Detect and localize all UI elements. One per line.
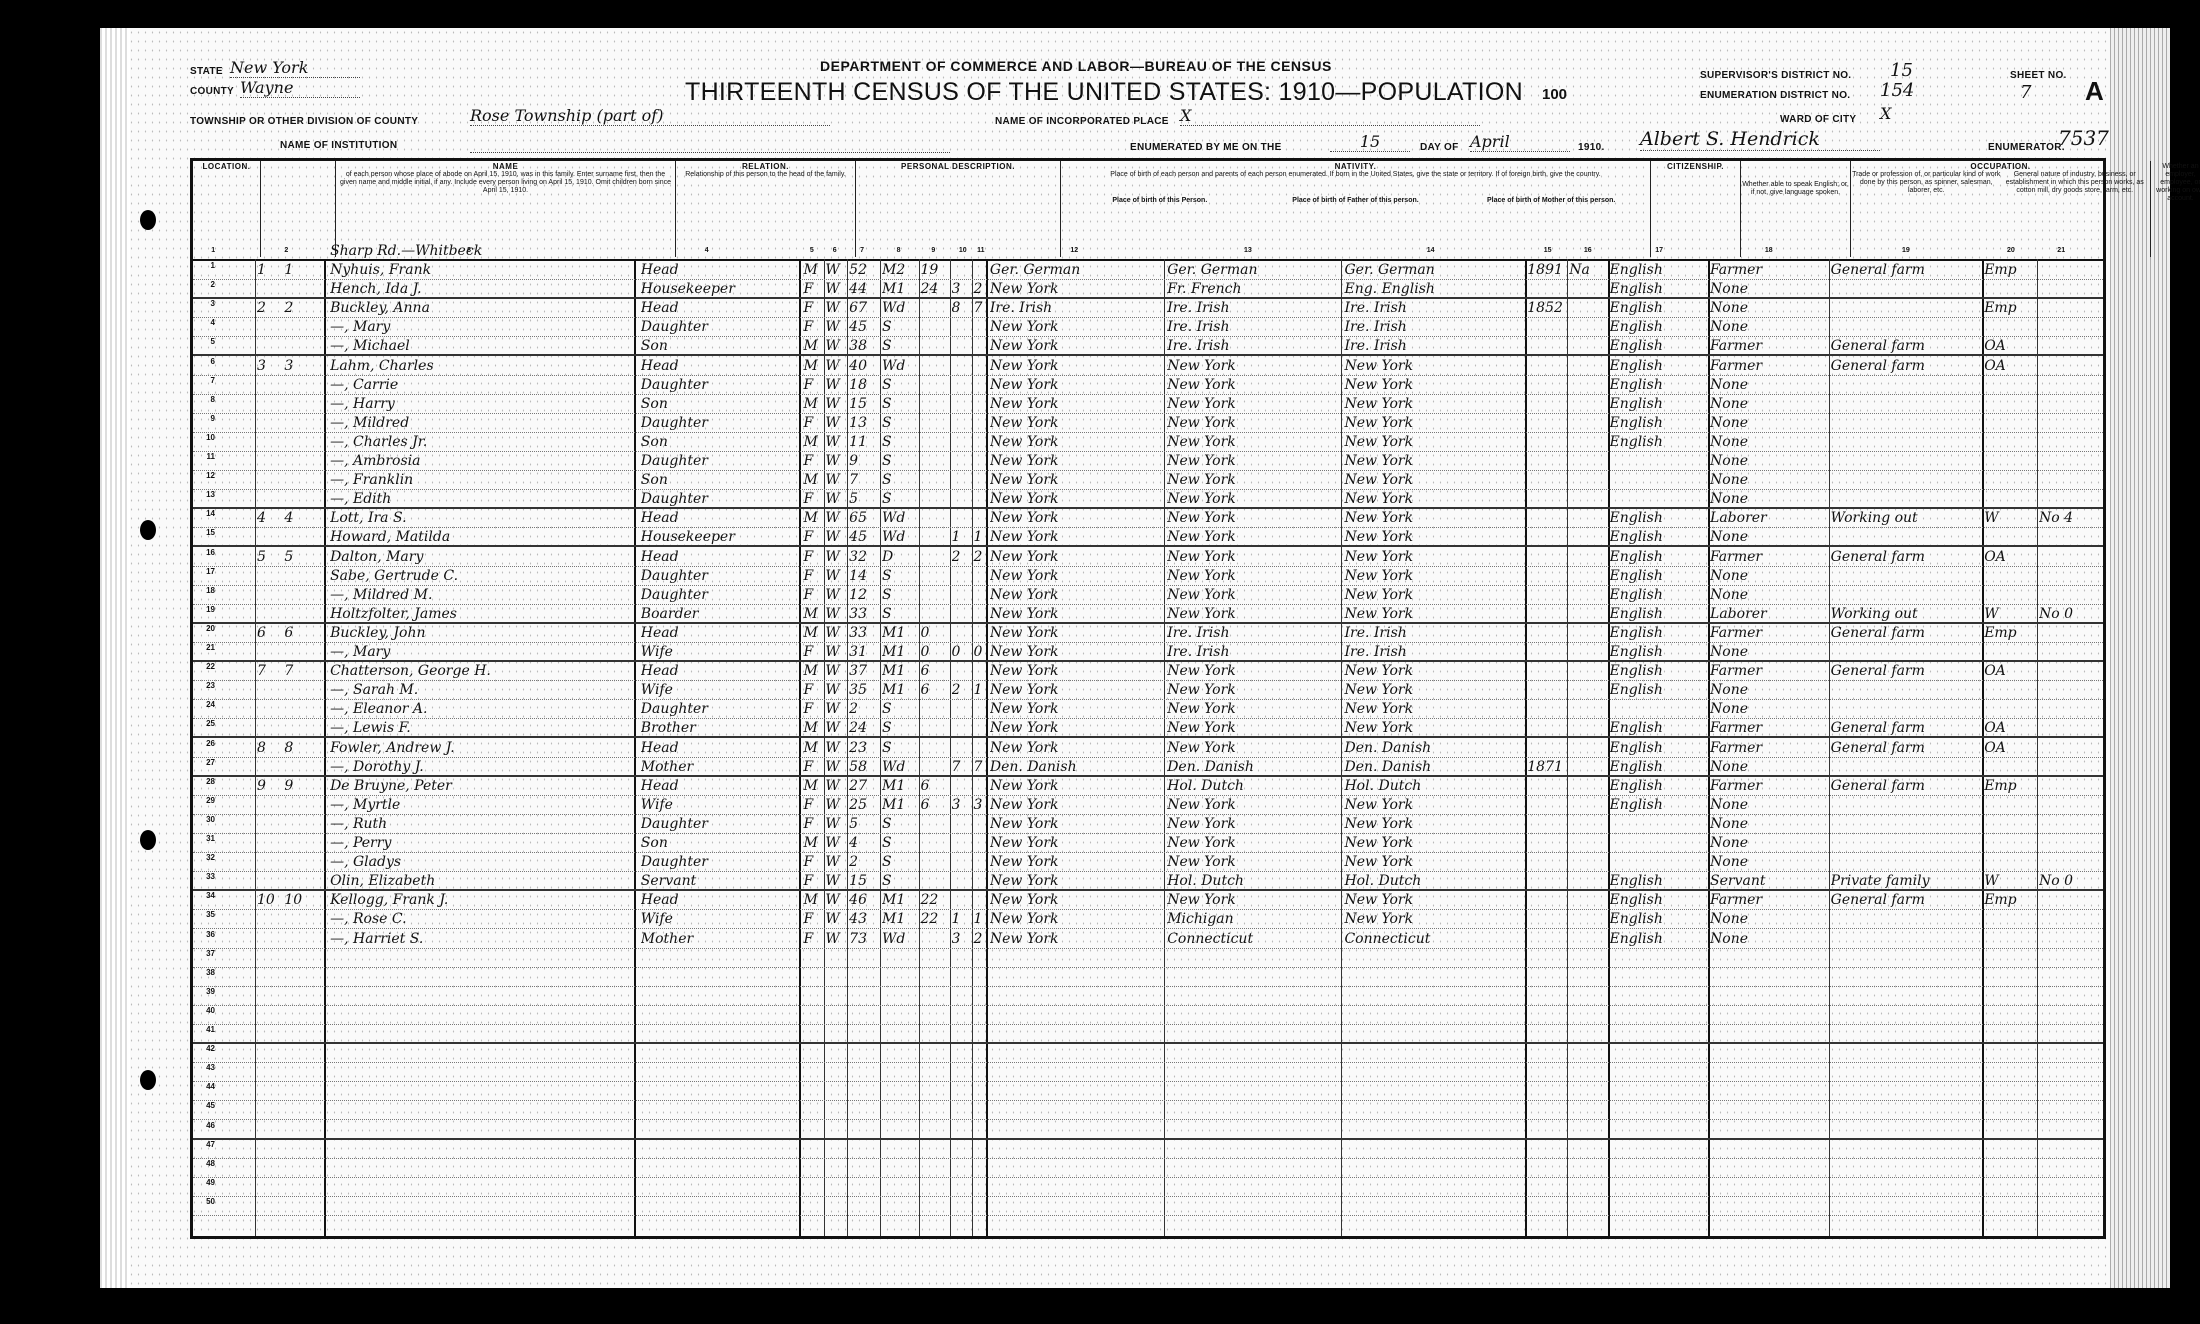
cell-bpf: New York	[1167, 586, 1341, 605]
enumerator-label: ENUMERATOR.	[1988, 142, 2065, 153]
cell-sex: F	[803, 528, 823, 547]
cell-occ: Farmer	[1710, 662, 1829, 681]
cell-bpf: Den. Danish	[1167, 758, 1341, 777]
cell-yrs: 6	[920, 796, 947, 815]
cell-bpf: Ger. German	[1167, 261, 1341, 280]
cell-sex: F	[803, 758, 823, 777]
cell-sex: F	[803, 910, 823, 929]
line-number: 35	[193, 910, 215, 919]
cell-bpf: New York	[1167, 662, 1341, 681]
cell-ind: Working out	[1831, 509, 1982, 528]
cell-occ: Farmer	[1710, 719, 1829, 738]
cell-occ: Farmer	[1710, 357, 1829, 376]
cell-rel: Mother	[641, 930, 796, 949]
empty-row: 50	[193, 1197, 2103, 1216]
cell-name: Nyhuis, Frank	[330, 261, 632, 280]
cell-bpm: New York	[1344, 815, 1522, 834]
cell-name: —, Eleanor A.	[330, 700, 632, 719]
cell-name: —, Mary	[330, 643, 632, 662]
cell-sex: F	[803, 930, 823, 949]
cell-yrs: 6	[920, 777, 947, 796]
cell-bp: New York	[990, 624, 1164, 643]
table-row: 13—, EdithDaughterFW5SNew YorkNew YorkNe…	[193, 490, 2103, 509]
cell-race: W	[825, 299, 847, 318]
cell-born: 0	[952, 643, 972, 662]
cell-bpm: New York	[1344, 376, 1522, 395]
cell-rel: Daughter	[641, 700, 796, 719]
cell-bpf: New York	[1167, 891, 1341, 910]
cell-sex: M	[803, 719, 823, 738]
cell-race: W	[825, 700, 847, 719]
table-row: 633Lahm, CharlesHeadMW40WdNew YorkNew Yo…	[193, 357, 2103, 376]
line-number: 9	[193, 414, 215, 423]
institution-field	[470, 138, 950, 153]
cell-bpm: Ire. Irish	[1344, 318, 1522, 337]
table-row: 2899De Bruyne, PeterHeadMW27M16New YorkH…	[193, 777, 2103, 796]
sheet-label: SHEET NO.	[2010, 70, 2067, 81]
cell-race: W	[825, 719, 847, 738]
table-row: 2066Buckley, JohnHeadMW33M10New YorkIre.…	[193, 624, 2103, 643]
cell-occ: None	[1710, 318, 1829, 337]
cell-fam: 4	[284, 509, 310, 528]
cell-name: —, Michael	[330, 337, 632, 356]
cell-mar: S	[882, 567, 919, 586]
cell-dw: 7	[257, 662, 283, 681]
cell-name: —, Rose C.	[330, 910, 632, 929]
cell-sex: F	[803, 490, 823, 509]
cell-sex: M	[803, 471, 823, 490]
cell-mar: S	[882, 834, 919, 853]
cell-race: W	[825, 548, 847, 567]
cell-name: —, Edith	[330, 490, 632, 509]
cell-sex: F	[803, 318, 823, 337]
enumerated-month: April	[1470, 132, 1570, 152]
cell-bp: Den. Danish	[990, 758, 1164, 777]
cell-ind: General farm	[1831, 739, 1982, 758]
cell-lang: English	[1610, 930, 1706, 949]
cell-lang: English	[1610, 509, 1706, 528]
line-number: 4	[193, 318, 215, 327]
cell-bp: New York	[990, 662, 1164, 681]
line-number: 33	[193, 872, 215, 881]
cell-sex: F	[803, 452, 823, 471]
cell-occ: None	[1710, 452, 1829, 471]
line-number: 21	[193, 643, 215, 652]
cell-bp: New York	[990, 834, 1164, 853]
cell-race: W	[825, 261, 847, 280]
cell-name: De Bruyne, Peter	[330, 777, 632, 796]
cell-mar: M2	[882, 261, 919, 280]
table-row: 24—, Eleanor A.DaughterFW2SNew YorkNew Y…	[193, 700, 2103, 719]
institution-label: NAME OF INSTITUTION	[280, 140, 397, 151]
cell-age: 25	[849, 796, 880, 815]
cell-lang: English	[1610, 528, 1706, 547]
cell-sex: F	[803, 643, 823, 662]
cell-bpf: New York	[1167, 815, 1341, 834]
cell-mar: M1	[882, 280, 919, 299]
table-row: 341010Kellogg, Frank J.HeadMW46M122New Y…	[193, 891, 2103, 910]
cell-bp: New York	[990, 815, 1164, 834]
cell-unemp: No 4	[2039, 509, 2103, 528]
cell-mar: S	[882, 433, 919, 452]
line-number: 14	[193, 509, 215, 518]
cell-race: W	[825, 777, 847, 796]
cell-bpm: Ger. German	[1344, 261, 1522, 280]
cell-occ: Farmer	[1710, 337, 1829, 356]
column-number: 10	[959, 247, 967, 254]
cell-age: 14	[849, 567, 880, 586]
line-number: 27	[193, 758, 215, 767]
cell-emp: Emp	[1984, 299, 2034, 318]
cell-race: W	[825, 376, 847, 395]
line-number: 26	[193, 739, 215, 748]
cell-emp: OA	[1984, 548, 2034, 567]
cell-lang: English	[1610, 376, 1706, 395]
cell-age: 33	[849, 624, 880, 643]
cell-bpm: New York	[1344, 509, 1522, 528]
cell-bp: New York	[990, 567, 1164, 586]
cell-bpm: Den. Danish	[1344, 758, 1522, 777]
table-row: 35—, Rose C.WifeFW43M12211New YorkMichig…	[193, 910, 2103, 929]
enumerated-year: 1910.	[1578, 142, 1605, 153]
cell-born: 3	[952, 930, 972, 949]
line-number: 6	[193, 357, 215, 366]
supervisor-district-label: SUPERVISOR'S DISTRICT NO.	[1700, 70, 1851, 81]
cell-lang: English	[1610, 261, 1706, 280]
cell-occ: None	[1710, 643, 1829, 662]
cell-occ: None	[1710, 528, 1829, 547]
column-number: 8	[897, 247, 901, 254]
cell-yrs: 19	[920, 261, 947, 280]
cell-bpm: New York	[1344, 357, 1522, 376]
cell-rel: Head	[641, 509, 796, 528]
cell-sex: M	[803, 834, 823, 853]
column-number: 12	[1070, 247, 1078, 254]
cell-rel: Wife	[641, 643, 796, 662]
cell-bpm: New York	[1344, 586, 1522, 605]
cell-sex: F	[803, 280, 823, 299]
cell-lang: English	[1610, 624, 1706, 643]
cell-name: Buckley, Anna	[330, 299, 632, 318]
table-row: 5—, MichaelSonMW38SNew YorkIre. IrishIre…	[193, 337, 2103, 356]
cell-name: —, Franklin	[330, 471, 632, 490]
cell-race: W	[825, 395, 847, 414]
cell-occ: None	[1710, 471, 1829, 490]
cell-imm: 1871	[1527, 758, 1567, 777]
cell-sex: M	[803, 261, 823, 280]
cell-race: W	[825, 509, 847, 528]
table-row: 36—, Harriet S.MotherFW73Wd32New YorkCon…	[193, 930, 2103, 949]
cell-bpf: New York	[1167, 509, 1341, 528]
cell-bpf: Michigan	[1167, 910, 1341, 929]
cell-rel: Housekeeper	[641, 280, 796, 299]
table-row: 2277Chatterson, George H.HeadMW37M16New …	[193, 662, 2103, 681]
cell-yrs: 22	[920, 910, 947, 929]
line-number: 39	[193, 987, 215, 996]
cell-bp: New York	[990, 433, 1164, 452]
line-number: 41	[193, 1025, 215, 1034]
cell-ind: General farm	[1831, 719, 1982, 738]
cell-rel: Head	[641, 624, 796, 643]
line-number: 32	[193, 853, 215, 862]
cell-race: W	[825, 815, 847, 834]
cell-born: 1	[952, 910, 972, 929]
cell-bpf: New York	[1167, 433, 1341, 452]
cell-mar: S	[882, 318, 919, 337]
incorporated-place-label: NAME OF INCORPORATED PLACE	[995, 116, 1169, 127]
cell-mar: M1	[882, 777, 919, 796]
cell-occ: None	[1710, 834, 1829, 853]
cell-rel: Daughter	[641, 815, 796, 834]
cell-dw: 10	[257, 891, 283, 910]
cell-rel: Daughter	[641, 318, 796, 337]
cell-born: 2	[952, 681, 972, 700]
page-title: THIRTEENTH CENSUS OF THE UNITED STATES: …	[685, 78, 1523, 107]
department-heading: DEPARTMENT OF COMMERCE AND LABOR—BUREAU …	[820, 58, 1332, 74]
line-number: 37	[193, 949, 215, 958]
cell-rel: Servant	[641, 872, 796, 891]
cell-emp: OA	[1984, 357, 2034, 376]
cell-lang: English	[1610, 586, 1706, 605]
cell-race: W	[825, 662, 847, 681]
cell-bp: New York	[990, 910, 1164, 929]
cell-rel: Brother	[641, 719, 796, 738]
day-of-label: DAY OF	[1420, 142, 1458, 153]
cell-name: Sabe, Gertrude C.	[330, 567, 632, 586]
column-number: 17	[1655, 247, 1663, 254]
cell-name: Fowler, Andrew J.	[330, 739, 632, 758]
line-number: 2	[193, 280, 215, 289]
table-row: 7—, CarrieDaughterFW18SNew YorkNew YorkN…	[193, 376, 2103, 395]
cell-race: W	[825, 796, 847, 815]
sheet-number: 7	[2020, 82, 2031, 103]
cell-bpf: New York	[1167, 567, 1341, 586]
cell-age: 2	[849, 700, 880, 719]
empty-row: 48	[193, 1159, 2103, 1178]
cell-rel: Boarder	[641, 605, 796, 624]
cell-name: Kellogg, Frank J.	[330, 891, 632, 910]
cell-rel: Daughter	[641, 452, 796, 471]
cell-emp: OA	[1984, 719, 2034, 738]
column-number: 18	[1765, 247, 1773, 254]
cell-mar: Wd	[882, 357, 919, 376]
cell-lang: English	[1610, 719, 1706, 738]
cell-bp: New York	[990, 509, 1164, 528]
cell-ind: Working out	[1831, 605, 1982, 624]
cell-bpf: Ire. Irish	[1167, 624, 1341, 643]
line-number: 24	[193, 700, 215, 709]
cell-sex: F	[803, 681, 823, 700]
cell-emp: OA	[1984, 739, 2034, 758]
cell-occ: Laborer	[1710, 509, 1829, 528]
cell-dw: 5	[257, 548, 283, 567]
cell-rel: Daughter	[641, 414, 796, 433]
cell-occ: None	[1710, 395, 1829, 414]
cell-mar: M1	[882, 681, 919, 700]
cell-occ: None	[1710, 700, 1829, 719]
cell-mar: S	[882, 471, 919, 490]
cell-name: Dalton, Mary	[330, 548, 632, 567]
cell-dw: 9	[257, 777, 283, 796]
cell-occ: None	[1710, 567, 1829, 586]
cell-bp: New York	[990, 395, 1164, 414]
cell-name: —, Mary	[330, 318, 632, 337]
cell-bpf: New York	[1167, 452, 1341, 471]
cell-rel: Head	[641, 261, 796, 280]
binder-hole	[140, 1070, 156, 1090]
cell-age: 11	[849, 433, 880, 452]
county-field: Wayne	[240, 78, 360, 98]
cell-fam: 7	[284, 662, 310, 681]
cell-lang: English	[1610, 891, 1706, 910]
cell-bpm: New York	[1344, 395, 1522, 414]
cell-yrs: 22	[920, 891, 947, 910]
cell-sex: F	[803, 548, 823, 567]
cell-age: 46	[849, 891, 880, 910]
cell-lang: English	[1610, 739, 1706, 758]
cell-mar: S	[882, 395, 919, 414]
cell-age: 9	[849, 452, 880, 471]
cell-bpf: New York	[1167, 376, 1341, 395]
table-row: 15Howard, MatildaHousekeeperFW45Wd11New …	[193, 528, 2103, 547]
cell-mar: S	[882, 739, 919, 758]
line-number: 13	[193, 490, 215, 499]
cell-yrs: 6	[920, 681, 947, 700]
cell-name: —, Charles Jr.	[330, 433, 632, 452]
table-row: 17Sabe, Gertrude C.DaughterFW14SNew York…	[193, 567, 2103, 586]
line-number: 50	[193, 1197, 215, 1206]
cell-bpm: Den. Danish	[1344, 739, 1522, 758]
column-number: 15	[1544, 247, 1552, 254]
column-number: 7	[860, 247, 864, 254]
cell-bpm: New York	[1344, 853, 1522, 872]
cell-rel: Son	[641, 337, 796, 356]
cell-dw: 8	[257, 739, 283, 758]
cell-name: —, Gladys	[330, 853, 632, 872]
cell-bp: New York	[990, 586, 1164, 605]
township-field: Rose Township (part of)	[470, 106, 830, 126]
cell-age: 73	[849, 930, 880, 949]
cell-bpm: New York	[1344, 414, 1522, 433]
binder-hole	[140, 830, 156, 850]
cell-lang: English	[1610, 318, 1706, 337]
cell-bpm: New York	[1344, 490, 1522, 509]
line-number: 44	[193, 1082, 215, 1091]
cell-occ: None	[1710, 433, 1829, 452]
cell-race: W	[825, 853, 847, 872]
cell-ind: General farm	[1831, 891, 1982, 910]
cell-age: 35	[849, 681, 880, 700]
cell-rel: Head	[641, 891, 796, 910]
cell-bp: New York	[990, 643, 1164, 662]
cell-bpm: New York	[1344, 567, 1522, 586]
table-row: 8—, HarrySonMW15SNew YorkNew YorkNew Yor…	[193, 395, 2103, 414]
cell-bpf: New York	[1167, 681, 1341, 700]
cell-sex: F	[803, 567, 823, 586]
cell-lang: English	[1610, 796, 1706, 815]
cell-name: —, Sarah M.	[330, 681, 632, 700]
cell-mar: M1	[882, 910, 919, 929]
cell-name: Howard, Matilda	[330, 528, 632, 547]
cell-age: 33	[849, 605, 880, 624]
line-number: 15	[193, 528, 215, 537]
cell-bp: New York	[990, 528, 1164, 547]
cell-name: Hench, Ida J.	[330, 280, 632, 299]
cell-rel: Head	[641, 739, 796, 758]
table-row: 4—, MaryDaughterFW45SNew YorkIre. IrishI…	[193, 318, 2103, 337]
cell-bpm: New York	[1344, 834, 1522, 853]
line-number: 34	[193, 891, 215, 900]
cell-born: 3	[952, 796, 972, 815]
cell-mar: Wd	[882, 758, 919, 777]
line-number: 1	[193, 261, 215, 270]
line-number: 11	[193, 452, 215, 461]
left-margin	[100, 28, 130, 1288]
cell-bp: New York	[990, 357, 1164, 376]
cell-mar: M1	[882, 624, 919, 643]
cell-fam: 5	[284, 548, 310, 567]
column-number: 3	[467, 247, 471, 254]
cell-lang: English	[1610, 643, 1706, 662]
cell-age: 15	[849, 395, 880, 414]
cell-rel: Daughter	[641, 853, 796, 872]
cell-mar: S	[882, 872, 919, 891]
cell-rel: Mother	[641, 758, 796, 777]
cell-ind: General farm	[1831, 777, 1982, 796]
cell-fam: 6	[284, 624, 310, 643]
cell-mar: D	[882, 548, 919, 567]
enumeration-district-label: ENUMERATION DISTRICT NO.	[1700, 90, 1850, 101]
cell-bpm: New York	[1344, 548, 1522, 567]
cell-mar: M1	[882, 643, 919, 662]
cell-mar: S	[882, 853, 919, 872]
cell-dw: 2	[257, 299, 283, 318]
cell-occ: Servant	[1710, 872, 1829, 891]
enumerated-day: 15	[1330, 132, 1410, 152]
cell-occ: None	[1710, 758, 1829, 777]
cell-age: 43	[849, 910, 880, 929]
cell-race: W	[825, 337, 847, 356]
cell-sex: F	[803, 376, 823, 395]
line-number: 23	[193, 681, 215, 690]
cell-sex: M	[803, 662, 823, 681]
column-number: 13	[1244, 247, 1252, 254]
cell-bpf: New York	[1167, 834, 1341, 853]
cell-mar: S	[882, 337, 919, 356]
cell-age: 32	[849, 548, 880, 567]
cell-sex: M	[803, 739, 823, 758]
cell-name: —, Ruth	[330, 815, 632, 834]
column-number: 6	[833, 247, 837, 254]
cell-dw: 4	[257, 509, 283, 528]
cell-bpf: New York	[1167, 395, 1341, 414]
cell-rel: Housekeeper	[641, 528, 796, 547]
cell-bpm: Ire. Irish	[1344, 337, 1522, 356]
line-number: 40	[193, 1006, 215, 1015]
cell-age: 2	[849, 853, 880, 872]
cell-sex: M	[803, 509, 823, 528]
cell-occ: None	[1710, 910, 1829, 929]
cell-mar: S	[882, 452, 919, 471]
cell-occ: Laborer	[1710, 605, 1829, 624]
cell-bpm: New York	[1344, 471, 1522, 490]
line-number: 8	[193, 395, 215, 404]
cell-race: W	[825, 739, 847, 758]
cell-ind: General farm	[1831, 662, 1982, 681]
cell-age: 44	[849, 280, 880, 299]
line-number: 25	[193, 719, 215, 728]
cell-race: W	[825, 758, 847, 777]
